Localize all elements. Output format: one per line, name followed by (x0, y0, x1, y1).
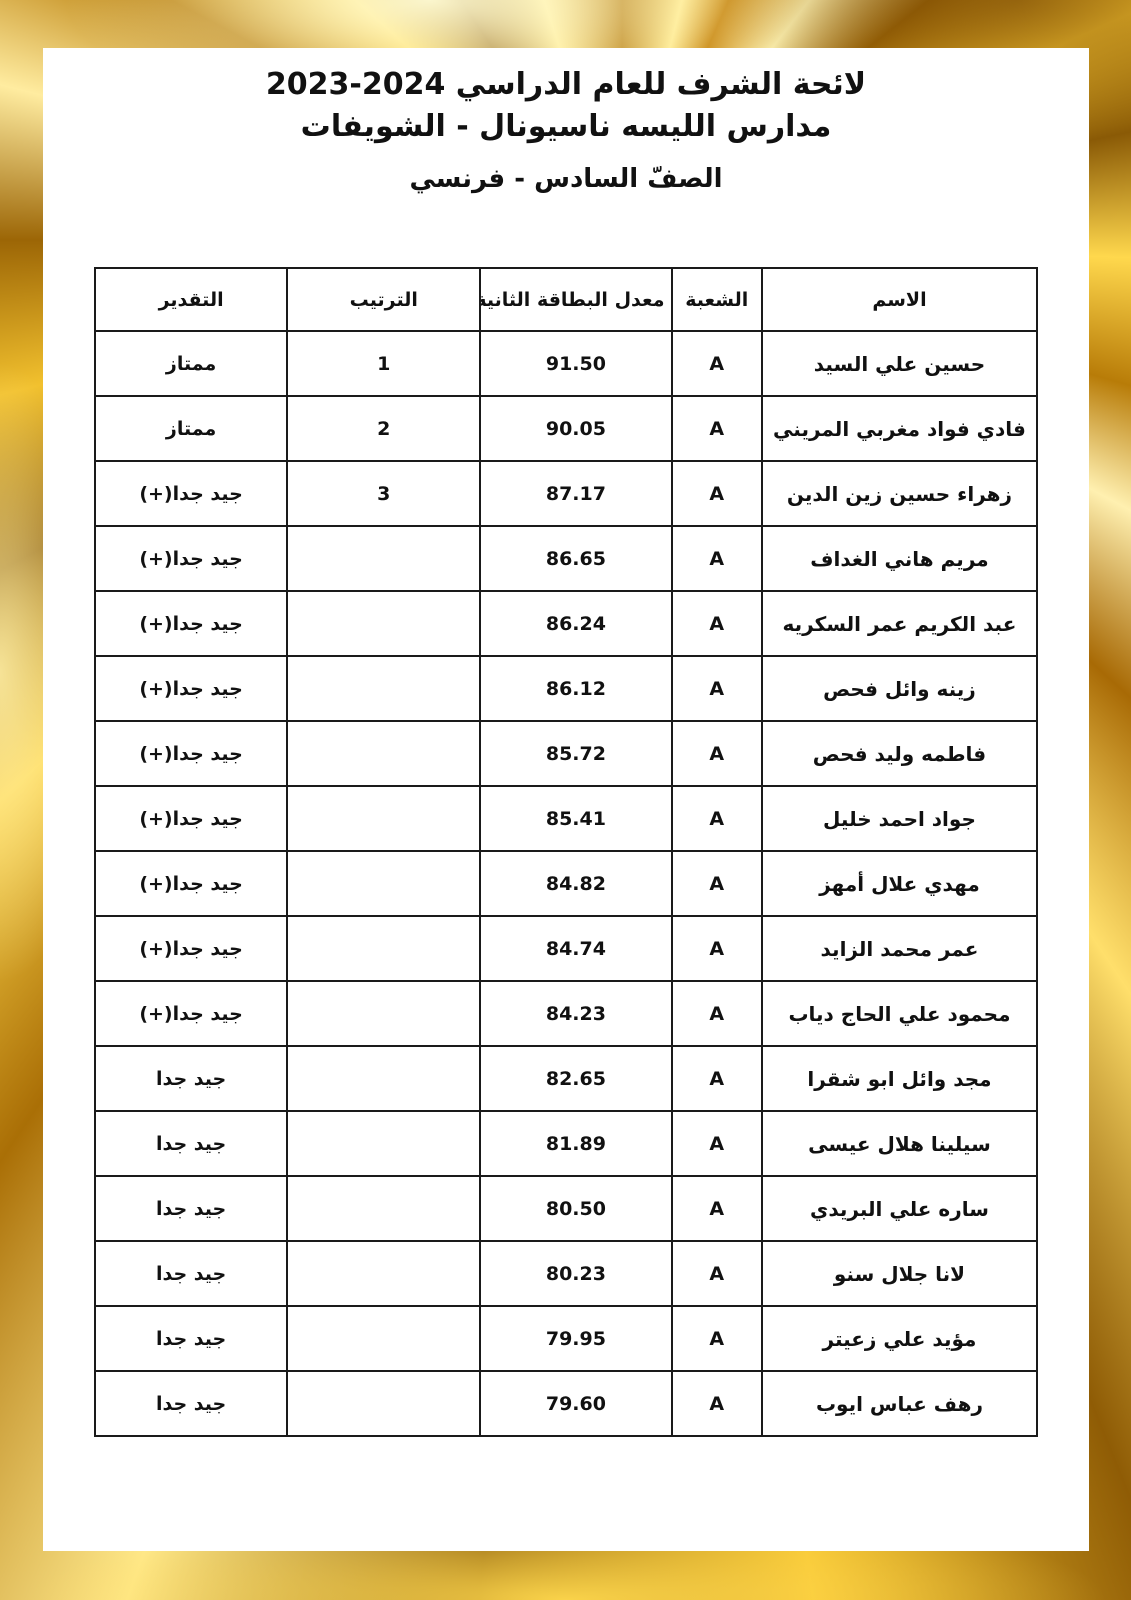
cell-average: 79.95 (480, 1306, 671, 1371)
cell-section: A (672, 786, 762, 851)
cell-average: 84.23 (480, 981, 671, 1046)
cell-section: A (672, 461, 762, 526)
table-row: عمر محمد الزايد A 84.74 جيد جدا(+) (95, 916, 1037, 981)
cell-grade: جيد جدا(+) (95, 721, 287, 786)
cell-rank (287, 1111, 480, 1176)
table-row: فاطمه وليد فحص A 85.72 جيد جدا(+) (95, 721, 1037, 786)
cell-average: 80.23 (480, 1241, 671, 1306)
cell-section: A (672, 1046, 762, 1111)
cell-section: A (672, 851, 762, 916)
cell-average: 84.74 (480, 916, 671, 981)
cell-student-name: عبد الكريم عمر السكريه (762, 591, 1037, 656)
cell-average: 87.17 (480, 461, 671, 526)
table-row: زينه وائل فحص A 86.12 جيد جدا(+) (95, 656, 1037, 721)
cell-grade: جيد جدا (95, 1241, 287, 1306)
table-row: ساره علي البريدي A 80.50 جيد جدا (95, 1176, 1037, 1241)
cell-rank (287, 721, 480, 786)
cell-rank (287, 1241, 480, 1306)
cell-rank (287, 1046, 480, 1111)
cell-rank (287, 1306, 480, 1371)
table-header-row: الاسم الشعبة معدل البطاقة الثانية الترتي… (95, 268, 1037, 331)
page-title-line1: لائحة الشرف للعام الدراسي 2024-2023 (266, 67, 866, 102)
table-row: لانا جلال سنو A 80.23 جيد جدا (95, 1241, 1037, 1306)
cell-grade: جيد جدا(+) (95, 526, 287, 591)
column-header-average: معدل البطاقة الثانية (480, 268, 671, 331)
cell-grade: ممتاز (95, 331, 287, 396)
cell-student-name: محمود علي الحاج دياب (762, 981, 1037, 1046)
cell-student-name: عمر محمد الزايد (762, 916, 1037, 981)
cell-student-name: لانا جلال سنو (762, 1241, 1037, 1306)
cell-student-name: مهدي علال أمهز (762, 851, 1037, 916)
column-header-name: الاسم (762, 268, 1037, 331)
table-row: جواد احمد خليل A 85.41 جيد جدا(+) (95, 786, 1037, 851)
cell-grade: جيد جدا(+) (95, 981, 287, 1046)
cell-average: 85.72 (480, 721, 671, 786)
cell-section: A (672, 396, 762, 461)
cell-student-name: ساره علي البريدي (762, 1176, 1037, 1241)
cell-student-name: مريم هاني الغداف (762, 526, 1037, 591)
cell-section: A (672, 1371, 762, 1436)
page-title-line2: مدارس الليسه ناسيونال - الشويفات (301, 109, 832, 144)
column-header-rank: الترتيب (287, 268, 480, 331)
cell-average: 84.82 (480, 851, 671, 916)
page-title: لائحة الشرف للعام الدراسي 2024-2023مدارس… (43, 64, 1089, 148)
cell-rank (287, 1371, 480, 1436)
cell-student-name: حسين علي السيد (762, 331, 1037, 396)
cell-average: 86.12 (480, 656, 671, 721)
document-page: لائحة الشرف للعام الدراسي 2024-2023مدارس… (43, 48, 1089, 1551)
cell-student-name: زهراء حسين زين الدين (762, 461, 1037, 526)
table-row: محمود علي الحاج دياب A 84.23 جيد جدا(+) (95, 981, 1037, 1046)
cell-rank (287, 656, 480, 721)
cell-section: A (672, 331, 762, 396)
cell-grade: ممتاز (95, 396, 287, 461)
cell-average: 79.60 (480, 1371, 671, 1436)
table-row: سيلينا هلال عيسى A 81.89 جيد جدا (95, 1111, 1037, 1176)
table-row: مريم هاني الغداف A 86.65 جيد جدا(+) (95, 526, 1037, 591)
table-row: رهف عباس ايوب A 79.60 جيد جدا (95, 1371, 1037, 1436)
cell-average: 86.65 (480, 526, 671, 591)
cell-grade: جيد جدا(+) (95, 461, 287, 526)
cell-student-name: زينه وائل فحص (762, 656, 1037, 721)
cell-rank (287, 591, 480, 656)
column-header-grade: التقدير (95, 268, 287, 331)
column-header-section: الشعبة (672, 268, 762, 331)
cell-average: 82.65 (480, 1046, 671, 1111)
cell-student-name: فادي فواد مغربي المريني (762, 396, 1037, 461)
cell-rank (287, 1176, 480, 1241)
cell-grade: جيد جدا(+) (95, 656, 287, 721)
cell-rank (287, 916, 480, 981)
cell-section: A (672, 591, 762, 656)
table-row: مؤيد علي زعيتر A 79.95 جيد جدا (95, 1306, 1037, 1371)
cell-grade: جيد جدا(+) (95, 851, 287, 916)
cell-student-name: مجد وائل ابو شقرا (762, 1046, 1037, 1111)
cell-average: 80.50 (480, 1176, 671, 1241)
cell-student-name: فاطمه وليد فحص (762, 721, 1037, 786)
cell-average: 85.41 (480, 786, 671, 851)
cell-section: A (672, 1241, 762, 1306)
table-row: حسين علي السيد A 91.50 1 ممتاز (95, 331, 1037, 396)
cell-grade: جيد جدا(+) (95, 786, 287, 851)
cell-grade: جيد جدا (95, 1176, 287, 1241)
cell-average: 81.89 (480, 1111, 671, 1176)
cell-average: 91.50 (480, 331, 671, 396)
cell-student-name: سيلينا هلال عيسى (762, 1111, 1037, 1176)
cell-rank (287, 981, 480, 1046)
table-row: مجد وائل ابو شقرا A 82.65 جيد جدا (95, 1046, 1037, 1111)
cell-grade: جيد جدا(+) (95, 916, 287, 981)
cell-grade: جيد جدا (95, 1371, 287, 1436)
cell-rank (287, 851, 480, 916)
golden-silk-background: لائحة الشرف للعام الدراسي 2024-2023مدارس… (0, 0, 1131, 1600)
cell-student-name: مؤيد علي زعيتر (762, 1306, 1037, 1371)
cell-section: A (672, 526, 762, 591)
honor-roll-table: الاسم الشعبة معدل البطاقة الثانية الترتي… (94, 267, 1038, 1437)
table-row: مهدي علال أمهز A 84.82 جيد جدا(+) (95, 851, 1037, 916)
table-body: حسين علي السيد A 91.50 1 ممتاز فادي فواد… (95, 331, 1037, 1436)
cell-section: A (672, 1306, 762, 1371)
table-row: فادي فواد مغربي المريني A 90.05 2 ممتاز (95, 396, 1037, 461)
cell-average: 90.05 (480, 396, 671, 461)
cell-section: A (672, 1176, 762, 1241)
cell-rank: 3 (287, 461, 480, 526)
page-subtitle: الصفّ السادس - فرنسي (43, 162, 1089, 196)
cell-grade: جيد جدا (95, 1046, 287, 1111)
cell-section: A (672, 1111, 762, 1176)
cell-rank (287, 526, 480, 591)
cell-rank: 2 (287, 396, 480, 461)
cell-student-name: رهف عباس ايوب (762, 1371, 1037, 1436)
table-row: عبد الكريم عمر السكريه A 86.24 جيد جدا(+… (95, 591, 1037, 656)
cell-rank (287, 786, 480, 851)
cell-rank: 1 (287, 331, 480, 396)
cell-section: A (672, 656, 762, 721)
cell-section: A (672, 721, 762, 786)
cell-section: A (672, 916, 762, 981)
cell-section: A (672, 981, 762, 1046)
cell-grade: جيد جدا (95, 1306, 287, 1371)
cell-student-name: جواد احمد خليل (762, 786, 1037, 851)
cell-average: 86.24 (480, 591, 671, 656)
cell-grade: جيد جدا (95, 1111, 287, 1176)
table-row: زهراء حسين زين الدين A 87.17 3 جيد جدا(+… (95, 461, 1037, 526)
cell-grade: جيد جدا(+) (95, 591, 287, 656)
